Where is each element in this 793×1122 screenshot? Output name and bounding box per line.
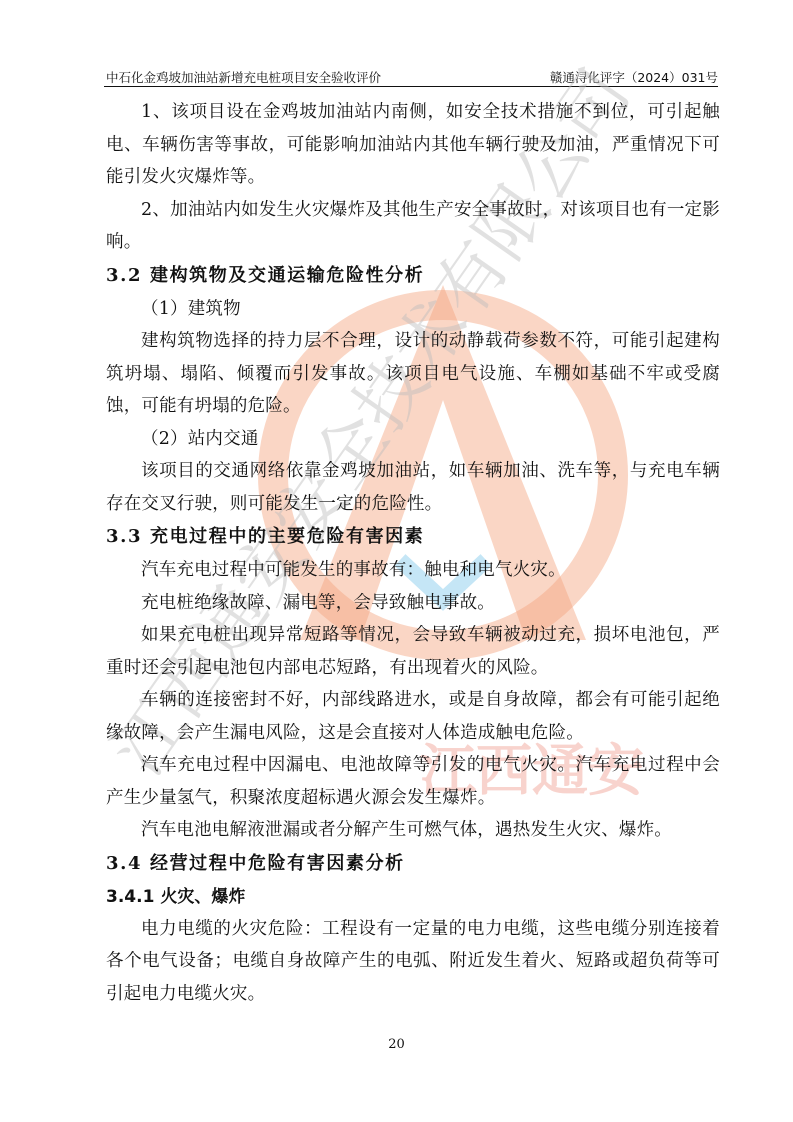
document-title: 中石化金鸡坡加油站新增充电桩项目安全验收评价 bbox=[106, 68, 381, 86]
document-number: 赣通浔化评字（2024）031号 bbox=[550, 68, 718, 86]
section-3-4-1-heading: 3.4.1 火灾、爆炸 bbox=[106, 881, 720, 913]
charging-paragraph: 汽车电池电解液泄漏或者分解产生可燃气体，遇热发生火灾、爆炸。 bbox=[106, 814, 720, 847]
section-3-3-heading: 3.3 充电过程中的主要危险有害因素 bbox=[106, 520, 720, 554]
subsection-buildings-label: （1）建筑物 bbox=[106, 293, 720, 326]
intro-paragraph-2: 2、加油站内如发生火灾爆炸及其他生产安全事故时，对该项目也有一定影响。 bbox=[106, 194, 720, 259]
section-3-2-heading: 3.2 建构筑物及交通运输危险性分析 bbox=[106, 259, 720, 293]
charging-paragraph: 充电桩绝缘故障、漏电等，会导致触电事故。 bbox=[106, 587, 720, 620]
page-content: 1、该项目设在金鸡坡加油站内南侧，如安全技术措施不到位，可引起触电、车辆伤害等事… bbox=[106, 96, 720, 1010]
charging-paragraph: 汽车充电过程中因漏电、电池故障等引发的电气火灾。汽车充电过程中会产生少量氢气，积… bbox=[106, 749, 720, 814]
charging-paragraph: 车辆的连接密封不好，内部线路进水，或是自身故障，都会有可能引起绝缘故障，会产生漏… bbox=[106, 684, 720, 749]
fire-explosion-paragraph: 电力电缆的火灾危险：工程设有一定量的电力电缆，这些电缆分别连接着各个电气设备；电… bbox=[106, 913, 720, 1011]
section-3-4-heading: 3.4 经营过程中危险有害因素分析 bbox=[106, 847, 720, 881]
charging-paragraph: 如果充电桩出现异常短路等情况，会导致车辆被动过充，损坏电池包，严重时还会引起电池… bbox=[106, 619, 720, 684]
charging-paragraph: 汽车充电过程中可能发生的事故有：触电和电气火灾。 bbox=[106, 554, 720, 587]
page-header: 中石化金鸡坡加油站新增充电桩项目安全验收评价 赣通浔化评字（2024）031号 bbox=[104, 66, 718, 87]
subsection-buildings-text: 建构筑物选择的持力层不合理，设计的动静载荷参数不符，可能引起建构筑坍塌、塌陷、倾… bbox=[106, 325, 720, 423]
intro-paragraph-1: 1、该项目设在金鸡坡加油站内南侧，如安全技术措施不到位，可引起触电、车辆伤害等事… bbox=[106, 96, 720, 194]
subsection-traffic-label: （2）站内交通 bbox=[106, 423, 720, 456]
subsection-traffic-text: 该项目的交通网络依靠金鸡坡加油站，如车辆加油、洗车等，与充电车辆存在交叉行驶，则… bbox=[106, 455, 720, 520]
page-number: 20 bbox=[0, 1037, 793, 1052]
